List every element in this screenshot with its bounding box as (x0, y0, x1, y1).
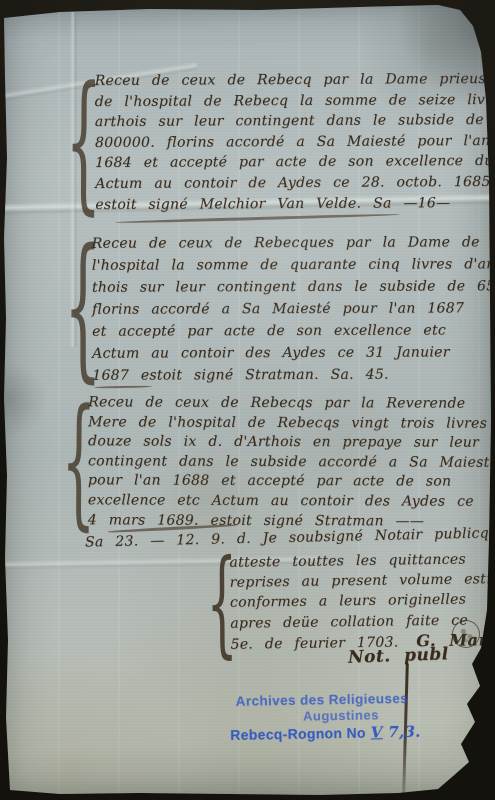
archive-stamp: Archives des Religieuses Augustines Rebe… (230, 690, 453, 743)
manuscript-line: l'hospital la somme de quarante cinq liv… (92, 253, 490, 276)
receipt-paragraph-1: Receu de ceux de Rebecq par la Dame prie… (95, 69, 488, 215)
manuscript-line: thois sur leur contingent dans le subsid… (92, 275, 490, 298)
manuscript-line: florins accordé a Sa Maiesté pour l'an 1… (92, 297, 490, 320)
manuscript-line: estoit signé Melchior Van Velde. Sa —16— (95, 193, 487, 216)
manuscript-line: 1687 estoit signé Stratman. Sa. 45. (92, 363, 490, 386)
manuscript-line: de l'hospital de Rebecq la somme de seiz… (95, 90, 487, 113)
paper-fold-crease (70, 12, 77, 347)
paper-sheet: { Receu de ceux de Rebecq par la Dame pr… (0, 0, 495, 800)
manuscript-line: Receu de ceux de Rebecq par la Dame prie… (95, 69, 487, 92)
manuscript-line: arthois sur leur contingent dans le subs… (95, 110, 487, 133)
receipt-paragraph-2: Receu de ceux de Rebecques par la Dame d… (92, 231, 491, 386)
notary-seal-icon (452, 620, 480, 648)
manuscript-line: contingent dans le subside accordé a Sa … (88, 452, 488, 473)
manuscript-line: Receu de ceux de Rebecques par la Dame d… (92, 231, 490, 254)
notary-attestation: atteste touttes les quittances reprises … (229, 549, 486, 655)
manuscript-photo: { Receu de ceux de Rebecq par la Dame pr… (0, 0, 495, 800)
manuscript-line: excellence etc Actum au contoir des Ayde… (88, 491, 488, 512)
manuscript-line: et accepté par acte de son excellence et… (92, 319, 490, 342)
notary-title: Not. publ (348, 644, 449, 668)
receipt-paragraph-3: Receu de ceux de Rebecqs par la Reverend… (88, 393, 488, 532)
manuscript-line: Actum au contoir de Aydes ce 28. octob. … (95, 172, 487, 195)
manuscript-line: Mere de l'hospital de Rebecqs vingt troi… (88, 413, 488, 434)
archive-ref-digits: 7,3. (388, 722, 421, 741)
manuscript-line: Receu de ceux de Rebecqs par la Reverend… (88, 393, 488, 414)
manuscript-line: 800000. florins accordé a Sa Maiesté pou… (95, 131, 487, 154)
stamp-line: Rebecq-Rognon NoV 7,3. (230, 722, 452, 744)
stamp-prefix: Rebecq-Rognon No (230, 724, 366, 742)
archive-ref-number: V 7,3. (371, 722, 421, 741)
manuscript-line: Actum au contoir des Aydes ce 31 Januier (92, 341, 490, 364)
manuscript-line: pour l'an 1688 et accepté par acte de so… (88, 472, 488, 493)
archive-ref-letter: V (371, 723, 383, 741)
manuscript-line: 1684 et accepté par acte de son excellen… (95, 151, 487, 174)
manuscript-line: douze sols ix d. d'Arthois en prepaye su… (88, 432, 488, 453)
